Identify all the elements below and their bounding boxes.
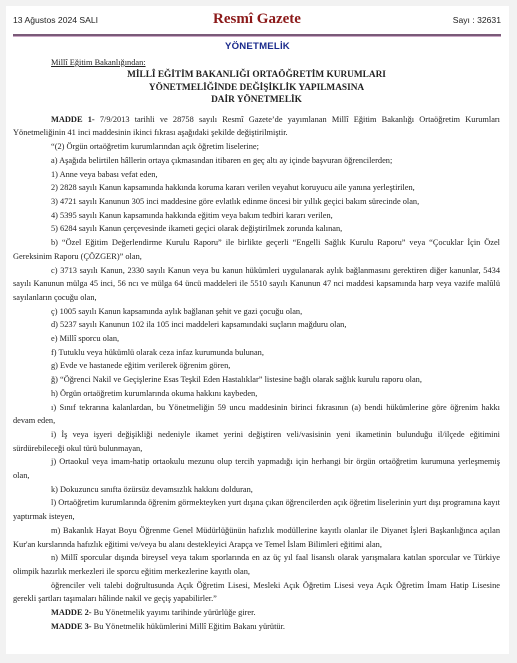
gazette-page: 13 Ağustos 2024 SALI Resmî Gazete Sayı :…: [6, 6, 509, 654]
document-title-line: DAİR YÖNETMELİK: [13, 94, 500, 107]
list-item: h) Örgün ortaöğretim kurumlarında okuma …: [13, 387, 500, 401]
list-item: l) Ortaöğretim kurumlarında öğrenim görm…: [13, 496, 500, 523]
list-item: 4) 5395 sayılı Kanun kapsamında hakkında…: [13, 209, 500, 223]
list-item: ğ) “Öğrenci Nakil ve Geçişlerine Esas Te…: [13, 373, 500, 387]
issuer: Millî Eğitim Bakanlığından:: [51, 56, 500, 69]
article-label: MADDE 1-: [51, 115, 95, 124]
list-item: n) Millî sporcular dışında bireysel veya…: [13, 551, 500, 578]
list-item: 5) 6284 sayılı Kanun çerçevesinde ikamet…: [13, 222, 500, 236]
list-item: 1) Anne veya babası vefat eden,: [13, 168, 500, 182]
list-item: b) “Özel Eğitim Değerlendirme Kurulu Rap…: [13, 236, 500, 263]
article-label: MADDE 2-: [51, 608, 92, 617]
document-title: MİLLÎ EĞİTİM BAKANLIĞI ORTAÖĞRETİM KURUM…: [13, 69, 500, 107]
list-item: k) Dokuzuncu sınıfta özürsüz devamsızlık…: [13, 483, 500, 497]
list-item: 3) 4721 sayılı Kanunun 305 inci maddesin…: [13, 195, 500, 209]
article-text: Bu Yönetmelik hükümlerini Millî Eğitim B…: [92, 622, 285, 631]
list-item: g) Evde ve hastanede eğitim verilerek öğ…: [13, 359, 500, 373]
list-item: ı) Sınıf tekrarına kalanlardan, bu Yönet…: [13, 401, 500, 428]
list-item: m) Bakanlık Hayat Boyu Öğrenme Genel Müd…: [13, 524, 500, 551]
list-item: e) Millî sporcu olan,: [13, 332, 500, 346]
article-label: MADDE 3-: [51, 622, 92, 631]
list-item: j) Ortaokul veya imam-hatip ortaokulu me…: [13, 455, 500, 482]
article-1: MADDE 1- 7/9/2013 tarihli ve 28758 sayıl…: [13, 113, 500, 140]
document-body: Millî Eğitim Bakanlığından: MİLLÎ EĞİTİM…: [13, 56, 500, 634]
list-item: a) Aşağıda belirtilen hâllerin ortaya çı…: [13, 154, 500, 168]
document-title-line: MİLLÎ EĞİTİM BAKANLIĞI ORTAÖĞRETİM KURUM…: [13, 69, 500, 82]
list-item: 2) 2828 sayılı Kanun kapsamında hakkında…: [13, 181, 500, 195]
list-item: i) İş veya işyeri değişikliği nedeniyle …: [13, 428, 500, 455]
document-title-line: YÖNETMELİĞİNDE DEĞİŞİKLİK YAPILMASINA: [13, 82, 500, 95]
gazette-title: Resmî Gazete: [13, 11, 501, 28]
article-3: MADDE 3- Bu Yönetmelik hükümlerini Millî…: [13, 620, 500, 634]
list-item: öğrenciler veli talebi doğrultusunda Açı…: [13, 579, 500, 606]
article-text: Bu Yönetmelik yayımı tarihinde yürürlüğe…: [92, 608, 256, 617]
list-item: d) 5237 sayılı Kanunun 102 ila 105 inci …: [13, 318, 500, 332]
masthead: 13 Ağustos 2024 SALI Resmî Gazete Sayı :…: [13, 10, 501, 36]
issue-number: Sayı : 32631: [453, 15, 501, 25]
list-item: “(2) Örgün ortaöğretim kurumlarından açı…: [13, 140, 500, 154]
amended-paragraph: “(2) Örgün ortaöğretim kurumlarından açı…: [13, 140, 500, 606]
section-heading: YÖNETMELİK: [6, 41, 509, 52]
list-item: ç) 1005 sayılı Kanun kapsamında aylık ba…: [13, 305, 500, 319]
article-2: MADDE 2- Bu Yönetmelik yayımı tarihinde …: [13, 606, 500, 620]
list-item: f) Tutuklu veya hükümlü olarak ceza infa…: [13, 346, 500, 360]
list-item: c) 3713 sayılı Kanun, 2330 sayılı Kanun …: [13, 264, 500, 305]
